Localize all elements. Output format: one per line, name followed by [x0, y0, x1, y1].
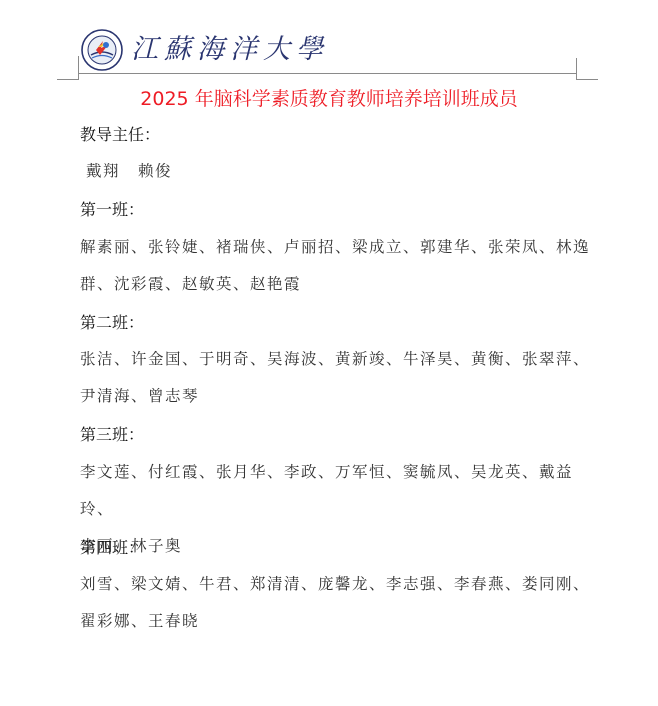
- class-4-label: 第四班：: [80, 537, 144, 559]
- class-3-line-1: 李文莲、付红霞、张月华、李政、万军恒、窦毓凤、吴龙英、戴益玲、: [80, 454, 590, 528]
- class-4-line-1: 刘雪、梁文婧、牛君、郑清清、庞馨龙、李志强、李春燕、娄同刚、: [80, 566, 590, 603]
- university-emblem-icon: [81, 29, 123, 71]
- class-1-line-2: 群、沈彩霞、赵敏英、赵艳霞: [80, 266, 590, 303]
- class-4-line-2: 翟彩娜、王春晓: [80, 603, 590, 640]
- directors-list: 戴翔赖俊: [86, 160, 172, 182]
- class-2-members: 张洁、许金国、于明奇、吴海波、黄新竣、牛泽昊、黄衡、张翠萍、 尹清海、曾志琴: [80, 341, 590, 415]
- class-3-label: 第三班：: [80, 424, 144, 446]
- directors-label: 教导主任：: [80, 124, 160, 146]
- corner-mark-right-h: [576, 79, 598, 80]
- corner-mark-left-v: [78, 56, 79, 80]
- class-2-line-2: 尹清海、曾志琴: [80, 378, 590, 415]
- university-name: 江蘇海洋大學: [131, 33, 329, 67]
- class-1-line-1: 解素丽、张铃婕、褚瑞侠、卢丽招、梁成立、郭建华、张荣凤、林逸: [80, 229, 590, 266]
- class-1-label: 第一班：: [80, 199, 144, 221]
- class-3-line-2: 李丽、林子奥: [80, 528, 590, 565]
- class-3-members: 李文莲、付红霞、张月华、李政、万军恒、窦毓凤、吴龙英、戴益玲、 李丽、林子奥: [80, 454, 590, 565]
- corner-mark-left-h: [57, 79, 79, 80]
- document-title: 2025 年脑科学素质教育教师培养培训班成员: [0, 86, 658, 112]
- corner-mark-right-v: [576, 58, 577, 80]
- class-1-members: 解素丽、张铃婕、褚瑞侠、卢丽招、梁成立、郭建华、张荣凤、林逸 群、沈彩霞、赵敏英…: [80, 229, 590, 303]
- document-page: 江蘇海洋大學 2025 年脑科学素质教育教师培养培训班成员 教导主任： 戴翔赖俊…: [0, 0, 658, 706]
- header-rule: [78, 73, 577, 74]
- class-2-label: 第二班：: [80, 312, 144, 334]
- class-2-line-1: 张洁、许金国、于明奇、吴海波、黄新竣、牛泽昊、黄衡、张翠萍、: [80, 341, 590, 378]
- class-4-members: 刘雪、梁文婧、牛君、郑清清、庞馨龙、李志强、李春燕、娄同刚、 翟彩娜、王春晓: [80, 566, 590, 640]
- director-name: 赖俊: [138, 162, 172, 180]
- director-name: 戴翔: [86, 162, 120, 180]
